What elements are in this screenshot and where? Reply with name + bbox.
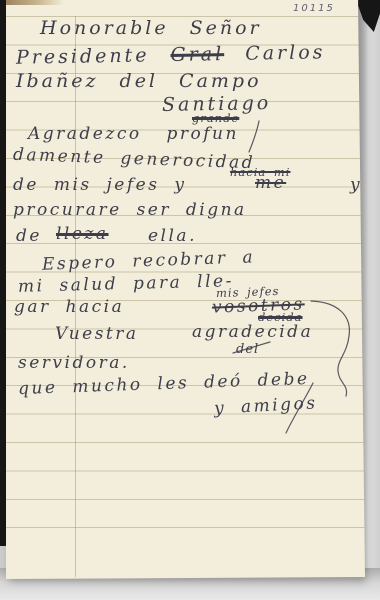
archive-number: 10115: [293, 3, 335, 14]
closing-bracket-stroke: [311, 301, 349, 396]
body-line-5-part2: ella.: [148, 226, 197, 246]
body-line-3-part1: de mis jefes y: [13, 175, 186, 195]
body-line-8-part1: gar hacia: [14, 297, 124, 317]
body-line-5-part1: de: [16, 226, 42, 246]
body-line-12: y amigos: [214, 393, 318, 419]
handwritten-text: 10115 Honorable Señor Presidente Gral Ca…: [0, 0, 380, 600]
heading-line-3: Ibañez del Campo: [16, 70, 262, 93]
body-line-1: Agradezco profun: [28, 124, 239, 144]
body-line-9-part1: Vuestra: [55, 324, 139, 344]
overstrike-profun: [249, 121, 259, 152]
body-line-7: mi salud para lle-: [18, 271, 234, 297]
body-line-10: servidora.: [18, 353, 130, 373]
body-line-9-part2: agradecida: [192, 322, 313, 342]
body-line-3-part2: y: [350, 175, 362, 195]
heading-line-2-struck: Gral: [170, 43, 224, 66]
body-line-11: que mucho les deó debe: [18, 369, 310, 400]
heading-line-1: Honorable Señor: [40, 17, 262, 40]
body-line-4: procurare ser digna: [13, 200, 247, 220]
body-line-5-struck: lleza: [56, 224, 109, 244]
heading-line-2-part2: Carlos: [245, 41, 326, 64]
scanned-letter-view: 10115 Honorable Señor Presidente Gral Ca…: [0, 0, 380, 600]
body-line-3-struck: me: [255, 173, 286, 193]
struck-word-del: del: [236, 342, 259, 358]
body-line-1-word2: profun: [166, 124, 238, 144]
body-line-1-word1: Agradezco: [28, 124, 142, 144]
heading-line-2: Presidente Gral Carlos: [16, 41, 326, 69]
heading-line-2-part1: Presidente: [16, 44, 150, 68]
body-line-2: damente generocidad: [13, 145, 256, 174]
